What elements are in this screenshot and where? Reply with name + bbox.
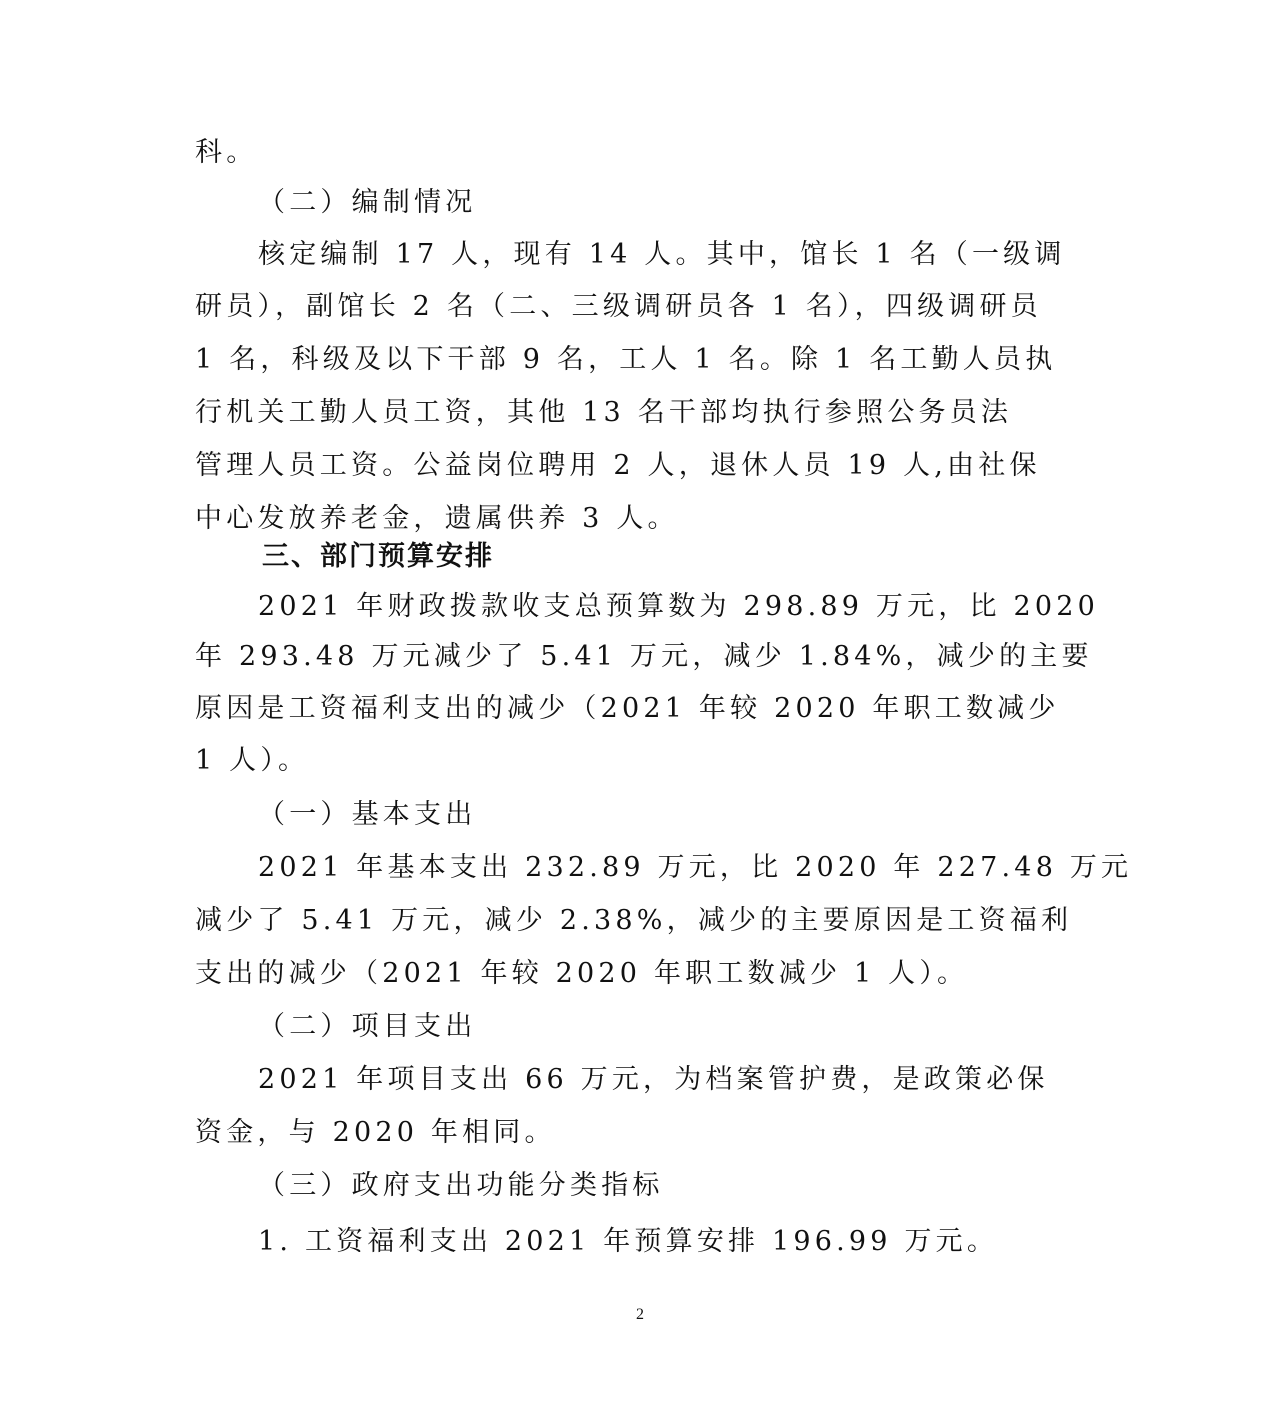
paragraph-line: 支出的减少（2021 年较 2020 年职工数减少 1 人）。 xyxy=(195,957,1095,991)
section-heading-staffing: （二）编制情况 xyxy=(258,186,1158,220)
paragraph-line: 年 293.48 万元减少了 5.41 万元，减少 1.84%，减少的主要 xyxy=(195,640,1095,674)
paragraph-line: 资金，与 2020 年相同。 xyxy=(195,1116,1095,1150)
section-heading-basic-expenditure: （一）基本支出 xyxy=(258,798,1158,832)
section-heading-project-expenditure: （二）项目支出 xyxy=(258,1010,1158,1044)
paragraph-line: 核定编制 17 人，现有 14 人。其中，馆长 1 名（一级调 xyxy=(258,238,1158,272)
paragraph-line: 原因是工资福利支出的减少（2021 年较 2020 年职工数减少 xyxy=(195,692,1095,726)
paragraph-line: 2021 年项目支出 66 万元，为档案管护费，是政策必保 xyxy=(258,1063,1158,1097)
section-heading-budget: 三、部门预算安排 xyxy=(262,540,1162,574)
paragraph-line: 2021 年财政拨款收支总预算数为 298.89 万元，比 2020 xyxy=(258,590,1158,624)
paragraph-line: 科。 xyxy=(195,136,1095,170)
paragraph-line: 管理人员工资。公益岗位聘用 2 人，退休人员 19 人,由社保 xyxy=(195,449,1095,483)
paragraph-line: 1 人）。 xyxy=(195,744,1095,778)
section-heading-functional-classification: （三）政府支出功能分类指标 xyxy=(258,1169,1158,1203)
page-number: 2 xyxy=(0,1306,1280,1324)
paragraph-line: 研员），副馆长 2 名（二、三级调研员各 1 名），四级调研员 xyxy=(195,290,1095,324)
paragraph-line: 2021 年基本支出 232.89 万元，比 2020 年 227.48 万元 xyxy=(258,851,1158,885)
paragraph-line: 行机关工勤人员工资，其他 13 名干部均执行参照公务员法 xyxy=(195,396,1095,430)
paragraph-line: 中心发放养老金，遗属供养 3 人。 xyxy=(195,502,1095,536)
paragraph-line: 1. 工资福利支出 2021 年预算安排 196.99 万元。 xyxy=(258,1225,1158,1259)
paragraph-line: 1 名，科级及以下干部 9 名，工人 1 名。除 1 名工勤人员执 xyxy=(195,343,1095,377)
document-page: 科。 （二）编制情况 核定编制 17 人，现有 14 人。其中，馆长 1 名（一… xyxy=(0,0,1280,1425)
paragraph-line: 减少了 5.41 万元，减少 2.38%，减少的主要原因是工资福利 xyxy=(195,904,1095,938)
